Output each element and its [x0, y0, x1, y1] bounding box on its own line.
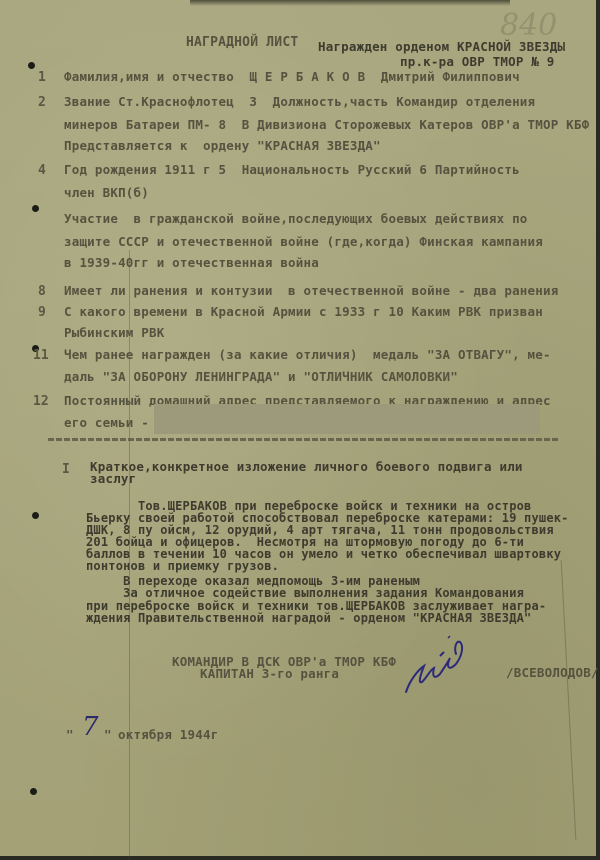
item-line: Чем ранее награжден (за какие отличия) м… — [64, 348, 551, 361]
archive-pencil-note: 840 — [500, 8, 557, 43]
award-stamp-line-1: Награжден орденом КРАСНОЙ ЗВЕЗДЫ — [318, 40, 565, 53]
item-line: Представляется к ордену "КРАСНАЯ ЗВЕЗДА" — [64, 139, 381, 152]
punch-hole-icon — [30, 788, 37, 795]
item-line: Участие в гражданской войне,последующих … — [64, 212, 528, 225]
punch-hole-icon — [32, 205, 39, 212]
narrative-line: понтонов и приемку грузов. — [86, 560, 279, 573]
date-month-year: октября 1944г — [118, 728, 218, 741]
section-heading-line-2: заслуг — [90, 472, 136, 485]
item-line: Звание Ст.Краснофлотец 3 Должность,часть… — [64, 95, 535, 108]
item-line: защите СССР и отечественной войне (где,к… — [64, 235, 543, 248]
item-line: Рыбинским РВК — [64, 326, 164, 339]
item-line: Имеет ли ранения и контузии в отечествен… — [64, 284, 558, 297]
date-day-handwritten: 7 — [82, 712, 99, 742]
item-line: в 1939-40гг и отечественная война — [64, 256, 319, 269]
item-line: даль "ЗА ОБОРОНУ ЛЕНИНГРАДА" и "ОТЛИЧНИК… — [64, 370, 458, 383]
item-line: Фамилия,имя и отчество Щ Е Р Б А К О В Д… — [64, 70, 520, 83]
item-number: 8 — [38, 284, 46, 299]
award-stamp-line-2: пр.к-ра ОВР ТМОР № 9 — [400, 55, 555, 68]
section-heading-line-1: Краткое,конкретное изложение личного бое… — [90, 460, 523, 473]
item-number: 9 — [38, 305, 46, 320]
signer-name: /ВСЕВОЛОДОВ/ — [506, 666, 599, 679]
scan-edge-shadow — [190, 0, 510, 6]
item-line: Год рождения 1911 г 5 Национальность Рус… — [64, 163, 520, 176]
redacted-address — [154, 404, 540, 434]
narrative-line: ждения Правительственной наградой - орде… — [86, 612, 531, 625]
handwritten-signature — [400, 632, 470, 698]
date-quote-open: " — [66, 728, 74, 741]
section-number: I — [62, 462, 70, 477]
award-sheet-page: 840 НАГРАДНОЙ ЛИСТ Награжден орденом КРА… — [0, 0, 596, 856]
item-number: 2 — [38, 95, 46, 110]
item-line: его семьи - — [64, 416, 149, 429]
fold-line-right — [561, 560, 577, 840]
item-line: член ВКП(б) — [64, 186, 149, 199]
signer-rank: КАПИТАН 3-го ранга — [200, 667, 339, 680]
date-quote-close: " — [104, 728, 112, 741]
page-title: НАГРАДНОЙ ЛИСТ — [186, 36, 298, 49]
section-divider — [48, 438, 560, 441]
item-number: 4 — [38, 163, 46, 178]
item-number: 12 — [33, 394, 49, 409]
punch-hole-icon — [28, 62, 35, 69]
item-line: С какого времени в Красной Армии с 1933 … — [64, 305, 543, 318]
punch-hole-icon — [32, 512, 39, 519]
item-number: 11 — [33, 348, 49, 363]
item-line: минеров Батареи ПМ- 8 В Дивизиона Сторож… — [64, 118, 589, 131]
item-number: 1 — [38, 70, 46, 85]
